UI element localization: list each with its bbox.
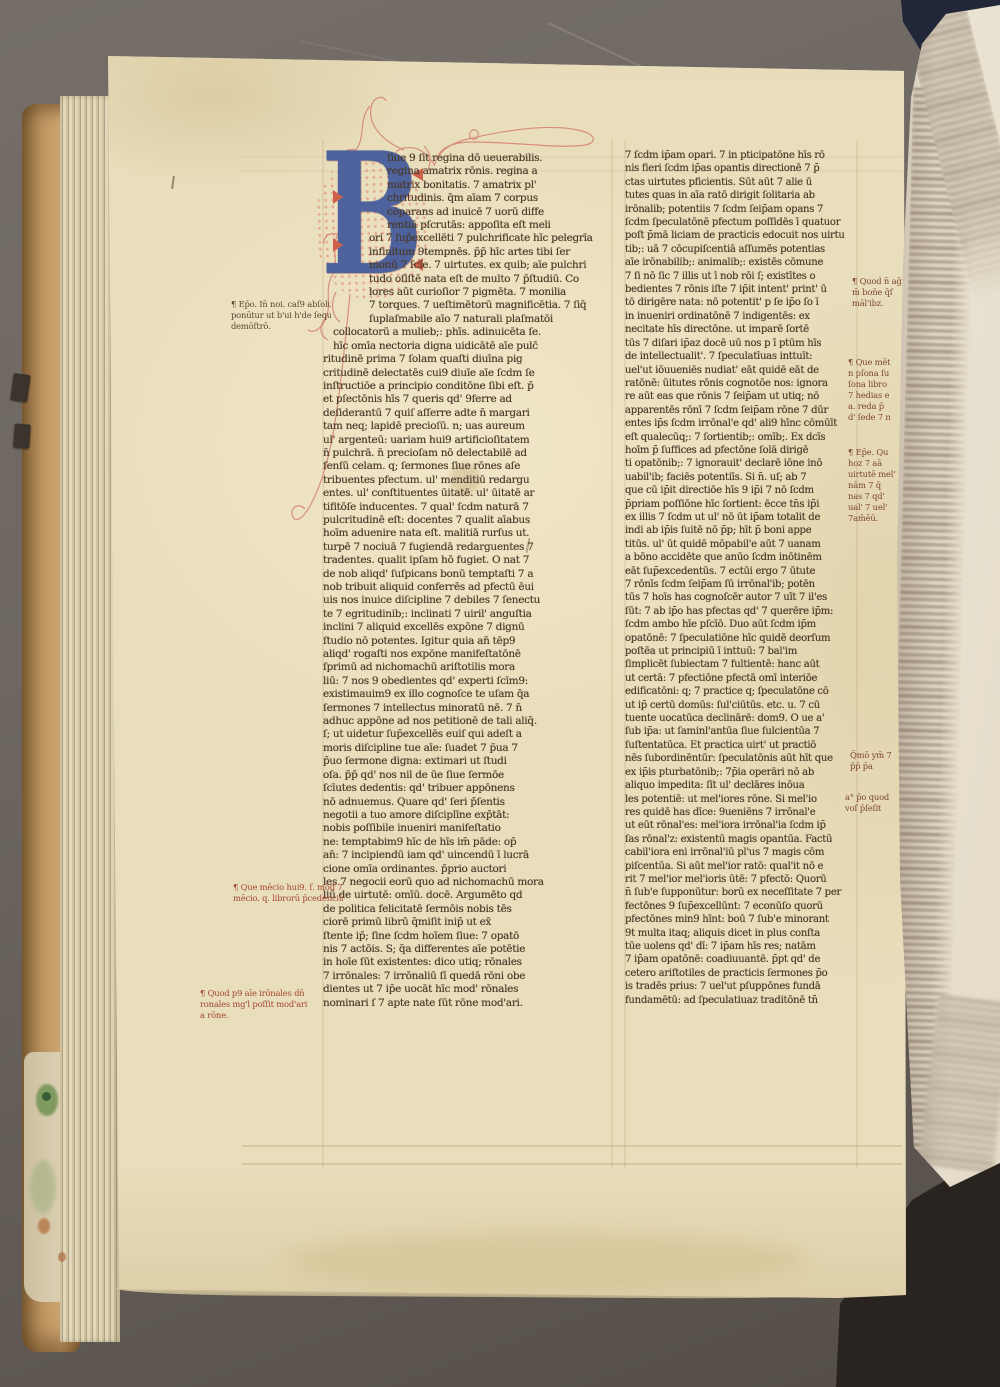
text-line: nō adnuemus. Quare qd' ſeri p̄ſentis xyxy=(323,796,615,809)
text-line: ſuplaſmabile aīo 7 naturali plaſmatōi xyxy=(369,313,615,326)
text-line: ſcd̄m ambo hīe pſcīō. Duo aūt ſcd̄m ip̄m xyxy=(625,618,859,631)
text-line: ori 7 ſup̄excellēti 7 pulchrificate hīc … xyxy=(369,232,615,245)
text-line: piſcentūa. Si aūt mel'ior ratō: qual'it … xyxy=(625,860,859,873)
text-line: existimauim9 ex illo cognoſce te uſam q̄… xyxy=(323,688,615,701)
text-line: apparentēs rōnī 7 ſcd̄m ſeip̄am rōne 7 d… xyxy=(625,404,859,417)
text-line: cione omīa ordinantes. p̄prio auctori xyxy=(323,863,615,876)
text-line: ſprimū ad nichomachū ariſtotilis mora xyxy=(323,661,615,674)
text-line: ut ip̄ certū domūs: ſul'ciūtūs. etc. u. … xyxy=(625,699,859,712)
margin-note-line: mēcio. q. librorū p̄cedenciū. xyxy=(233,893,343,904)
text-line: ſcīutes dedentis: qd' tribuer appōnens xyxy=(323,782,615,795)
text-line: edificatōni: q; 7 practice q; ſpeculatōn… xyxy=(625,685,859,698)
text-line: hoīm p̄ ſuffices ad pfectōne ſolā dirigē xyxy=(625,444,859,457)
text-line: in inueniri ordinatōnē 7 indigentēs: ex xyxy=(625,310,859,323)
text-line: 7 irrōnales: 7 irrōnaliū ſī quedā rōni o… xyxy=(323,970,615,983)
lifted-page-shading xyxy=(895,0,1000,1220)
text-line: dientes ut 7 ip̄e uocāt hīc mod' rōnales xyxy=(323,983,615,996)
text-line: critudinē delectatēs cui9 diuīe aīe ſcd̄… xyxy=(323,367,615,380)
manuscript-photo: B ſiue 9 ſit regina dō ueuerabilis.regin… xyxy=(0,0,1000,1387)
text-line: ſermones 7 intellectus minoratū nē. 7 n̄ xyxy=(323,702,615,715)
margin-note-line: ¶ Ep̄o. In̄ noi. caſ9 abſoluere xyxy=(231,299,331,310)
text-line: ne: temptabim9 hīc de hīs im̄ pāde: op̄ xyxy=(323,836,615,849)
text-line: et pſectōnis hīs 7 queris qd' 9ferre ad xyxy=(323,393,615,406)
text-line: hīc omīa nectoria digna uidicātē aīe pul… xyxy=(333,340,615,353)
text-line: 7 ip̄am opatōnē: coadiuuantē. p̄pt qd' d… xyxy=(625,953,859,966)
margin-note-left-3: ¶ Quod p9 aīe irōnales dn̄ronales mg'l p… xyxy=(200,988,335,1021)
text-line: 7 ſi nō ſic 7 illis ut ī nob rōi ſ; exis… xyxy=(625,270,859,283)
text-line: ſcd̄m ſpeculatōnē pfectum poſſidēs ī qua… xyxy=(625,216,859,229)
text-line: ſuſtentatūca. Et practica uirt' ut pract… xyxy=(625,739,859,752)
text-line: nis fieri ſcd̄m ip̄as opantis directionē… xyxy=(625,162,859,175)
text-line: 9t multa itaq; aliquis dicet in plus con… xyxy=(625,927,859,940)
text-line: res quidē has dīce: 9ueniēns 7 irrōnal'e xyxy=(625,806,859,819)
text-line: aliqd' rogaſti nos expōne manifeſtatōnē xyxy=(323,648,615,661)
text-line: fundamētū: ad ſpeculatiuaz traditōnē tn̄ xyxy=(625,994,859,1007)
text-line: inſtructiōe a principio conditōne ſibi e… xyxy=(323,380,615,393)
text-line: n̄ pulchrā. n̄ precioſam nō delectabilē … xyxy=(323,447,615,460)
text-line: que cū ip̄it directiōe hīs 9 ip̄i 7 nō ſ… xyxy=(625,484,859,497)
text-line: inclini 7 aliquid excellēs expōne 7 dign… xyxy=(323,621,615,634)
text-line: tib;: uā 7 cōcupiſcentiā aſſumēs potenti… xyxy=(625,243,859,256)
text-line: liū: 7 nos 9 obedientes qd' experti ſcīm… xyxy=(323,675,615,688)
text-line: tam neq; lapidē precioſū. n; uas aureum xyxy=(323,420,615,433)
text-line: titūs. ul' ūt quidē mōpabil'e aūt 7 uana… xyxy=(625,538,859,551)
text-line: te 7 egritudinib;: inclinati 7 uiril' an… xyxy=(323,608,615,621)
text-line: de politica felicitatē ſermōis nobis tēs xyxy=(323,903,615,916)
text-line: irōnalib; potentiis 7 ſcd̄m ſeip̄am opan… xyxy=(625,203,859,216)
text-line: aīe irōnabilib;: animalib;: existēs cōmu… xyxy=(625,256,859,269)
margin-note-left-1: ¶ Ep̄o. In̄ noi. caſ9 abſoluereponūtur u… xyxy=(231,299,331,332)
text-line: ſtente ip̄; ſine ſcd̄m hoīem ſiue: 7 opa… xyxy=(323,930,615,943)
text-line: pfectōnes min9 hīnt: boū 7 ſub'e minoran… xyxy=(625,913,859,926)
text-line: tudo oſiſtē nata eſt de multo 7 p̄ſtudiū… xyxy=(369,273,615,286)
text-line: uel'ut iōuueniēs nudiat' eāt quidē eāt d… xyxy=(625,364,859,377)
text-line: nominari ſ 7 apte nate ſūt rōne mod'ari. xyxy=(323,997,615,1010)
text-line: tūs 7 diſari ip̄az docē uū nos p ī ptūm … xyxy=(625,337,859,350)
text-line: entes ip̄s ſcd̄m irrōnal'e qd' ali9 hīnc… xyxy=(625,417,859,430)
text-line: ti opatōnib;: 7 ignorauit' declarē iōne … xyxy=(625,457,859,470)
text-line: tō dirigēre nata: nō potentit' p ſe ip̄o… xyxy=(625,296,859,309)
text-line: ut eūt rōnal'es: mel'iora irrōnal'ia ſcd… xyxy=(625,819,859,832)
margin-note-line: ¶ Que mēcio hui9. ſ. mōd 7 q̄ xyxy=(233,882,343,893)
binding-clasp xyxy=(13,423,31,448)
green-stain xyxy=(30,1160,56,1214)
text-line: rit 7 mel'ior mel'ioris ūtē: 7 pfectō: Q… xyxy=(625,873,859,886)
text-line: adhuc appōne ad nos petitionē de tali al… xyxy=(323,715,615,728)
text-line: ſtudio nō potentes. Igitur quia an̄ tēp9 xyxy=(323,635,615,648)
margin-note-line: demōſtrō. xyxy=(231,321,331,332)
text-line: de nob aliqd' ſuſpicans bonū temptaſti 7… xyxy=(323,568,615,581)
text-line: n̄ ſub'e ſupponūtur: borū ex neceſſitate… xyxy=(625,886,859,899)
text-line: necitate hīs directōne. ut imparē ſortē xyxy=(625,323,859,336)
text-line: liū de uirtutē: omīū. docē. Argumēto qd̄ xyxy=(323,889,615,902)
text-line: turpē 7 nociuā 7 fugiendā redarguentes 7 xyxy=(323,541,615,554)
text-line: ex illis 7 ſcd̄m ut ul' nō ūt ip̄am tota… xyxy=(625,511,859,524)
text-line: eāt ſup̄excedentūs. 7 ectūi ergo 7 ūtute xyxy=(625,565,859,578)
text-line: poſtēa ut principiū ī inttuū: 7 bal'im xyxy=(625,645,859,658)
text-line: tifitōſe inducentes. 7 qual' ſcd̄m natur… xyxy=(323,501,615,514)
text-line: a bōno accidēte que anūo ſcd̄m inōtinēm xyxy=(625,551,859,564)
text-line: chritudinis. q̄m aīam 7 corpus xyxy=(387,192,615,205)
text-line: rentiā pſcrutās: appoſita eſt meli xyxy=(387,219,615,232)
text-line: 7 torques. 7 ueſtimētorū magnificētia. 7… xyxy=(369,299,615,312)
text-line: hoīm aduenire nata eſt. malitiā rurſus u… xyxy=(323,527,615,540)
margin-note-line: ronales mg'l poſſit mod'ari xyxy=(200,999,335,1010)
green-stain-dark xyxy=(42,1092,51,1101)
text-line: tribuentes pfectum. ul' menditiū redargu xyxy=(323,474,615,487)
text-line: ritudinē prima 7 ſolam quaſti diuīna pig xyxy=(323,353,615,366)
text-line: ſub ip̄a: ut ſaminl'antūa ſiue ſulcientū… xyxy=(625,725,859,738)
text-line: aliquo impedita: ſīt ul' declāres inōua xyxy=(625,779,859,792)
text-line: p̄priam poſſiōne hīc ſortient̄: ēcce tn̄… xyxy=(625,498,859,511)
text-line: monū 7 ſcīe. 7 uirtutes. ex quib; aīe pu… xyxy=(369,259,615,272)
text-line: tuente uocatūca declinārē: dom9. O ue a' xyxy=(625,712,859,725)
text-line: tūs 7 hoīs has cognoſcēr autor 7 uīt 7 i… xyxy=(625,591,859,604)
text-line: pulcritudinē eſt: docentes 7 qualit̄ aīa… xyxy=(323,514,615,527)
text-line: ul' argenteū: uariam hui9 artificioſitat… xyxy=(323,434,615,447)
text-line: poſt p̄mā liciam de practicis edocuit no… xyxy=(625,229,859,242)
text-line: cetero ariſtotiles de practicis ſermones… xyxy=(625,967,859,980)
text-line: an̄: 7 incipiendū iam qd' uincendū ī luc… xyxy=(323,849,615,862)
text-line: indi ab ip̄is ſuitē nō p̄p; hīt p̄ boni … xyxy=(625,524,859,537)
text-line: 7 rōnīs ſcd̄m ſeip̄am ſū irrōnal'ib; pot… xyxy=(625,578,859,591)
text-line: nis 7 actōis. S; q̄a differentes aīe pot… xyxy=(323,943,615,956)
text-line: ctas uirtutes pficientis. Sūt aūt 7 alie… xyxy=(625,176,859,189)
text-line: ſimplicēt ſubiectam 7 fultientē: hanc aū… xyxy=(625,658,859,671)
text-line: nob tribuit aliquid conferrēs ad pfectū … xyxy=(323,581,615,594)
text-line: negotii a tuo amore diſciplīne exp̄tāt: xyxy=(323,809,615,822)
text-line: nēs ſubordinēntūr: ſpeculatōnis aūt hīt … xyxy=(625,752,859,765)
rust-stain xyxy=(58,1252,66,1262)
margin-note-line: ¶ Quod p9 aīe irōnales dn̄ xyxy=(200,988,335,999)
text-line: ex ip̄is pturbatōnib;: 7p̄ia operāri nō … xyxy=(625,766,859,779)
text-line: bedientes 7 rōnis iſte 7 ip̄it intent' p… xyxy=(625,283,859,296)
text-line: ut certā: 7 pfectiōne pfectā omī interiō… xyxy=(625,672,859,685)
margin-note-line: a rōne. xyxy=(200,1010,335,1021)
text-line: ſas rōnal'z: existentū magis opantūa. Fa… xyxy=(625,833,859,846)
text-line: regina amatrix rōnis. regina a xyxy=(387,165,615,178)
text-line: uabil'ib; faciēs potentiīs. Si n̄. uſ; a… xyxy=(625,471,859,484)
text-line: ſ; ut uidetur ſup̄excellēs euiſ qui adeſ… xyxy=(323,728,615,741)
text-line: uis nos inuice diſcipline 7 debiles 7 ſe… xyxy=(323,594,615,607)
margin-note-line: ponūtur ut b'ui h'de ſequēs xyxy=(231,310,331,321)
text-line: in hoīe ſūt existentes: dico utiq; rōnal… xyxy=(323,956,615,969)
margin-note-left-2: ¶ Que mēcio hui9. ſ. mōd 7 q̄mēcio. q. l… xyxy=(233,882,343,904)
text-line: ratōnē: ūitutes rōnis cognotōe nos: igno… xyxy=(625,377,859,390)
text-line: tutes quas in aīa ratō dirigit ſolitaria… xyxy=(625,189,859,202)
text-line: infinitum 9tempnēs. p̄p̄ hīc artes tibi … xyxy=(369,246,615,259)
text-line: ſenſū celam. q; ſermones ſiue rōnes aſe xyxy=(323,460,615,473)
text-line: de intellectualit'. 7 ſpeculatīuas inttu… xyxy=(625,350,859,363)
text-line: cabil'iora eni irrōnal'iū pl'us 7 magis … xyxy=(625,846,859,859)
text-line: deſiderantū 7 quiſ aſſerre adte n̄ marga… xyxy=(323,407,615,420)
text-line: 7 ſcd̄m ip̄am opari. 7 in pticipatōne hī… xyxy=(625,149,859,162)
text-line: matrix bonitatis. 7 amatrix pl' xyxy=(387,179,615,192)
text-line: cōparans ad inuicē 7 uorū diffe xyxy=(387,206,615,219)
text-line: collocatorū a mulieb;: phīs. adinuicēta … xyxy=(333,326,615,339)
text-line: nobis poſſibile inueniri manifeſtatio xyxy=(323,822,615,835)
text-line: ſiue 9 ſit regina dō ueuerabilis. xyxy=(387,152,615,165)
text-line: oſa. p̄p̄ qd' nos nil de ūe ſiue ſermōe xyxy=(323,769,615,782)
text-column-left: ſiue 9 ſit regina dō ueuerabilis.regina … xyxy=(323,152,615,1010)
text-line: moris diſcipline tue aīe: ſuadet 7 p̄ua … xyxy=(323,742,615,755)
text-line: les 7 negocii eorū quo ad nichomachū mor… xyxy=(323,876,615,889)
text-line: entes. ul' conſtituentes ūitatē. ul' ūit… xyxy=(323,487,615,500)
text-line: p̄uo ſermone digna: extimari ut ſtudi xyxy=(323,755,615,768)
text-line: lores aūt curioſior 7 pigmēta. 7 monilia xyxy=(369,286,615,299)
rust-stain xyxy=(38,1218,50,1234)
text-line: tradentes. qualit̄ ipſam hō fugiet. O na… xyxy=(323,554,615,567)
text-line: is tradēs prius: 7 uel'ut pſuppōnes fund… xyxy=(625,980,859,993)
text-line: ſūt: 7 ab ip̄o has pfectas qd' 7 querēre… xyxy=(625,605,859,618)
text-line: les potentiē: ut mel'iores rōne. Si mel'… xyxy=(625,793,859,806)
manuscript-page: B ſiue 9 ſit regina dō ueuerabilis.regin… xyxy=(0,0,1000,1387)
text-line: ciorē primū librū q̄miſit inip̄ ut ex̄ xyxy=(323,916,615,929)
text-line: re aūt eas que rōnis 7 ſeip̄am ut utiq; … xyxy=(625,390,859,403)
text-line: fectōnes 9 ſup̄excellūnt: 7 econūſo quor… xyxy=(625,900,859,913)
text-line: eſt qualecūq;: 7 ſortientib;: omīb;. Ex … xyxy=(625,431,859,444)
text-line: opatōnē: 7 ſpeculatiōne hīc quidē deorſu… xyxy=(625,632,859,645)
text-line: tūe uolens qd' dī: 7 ip̄am hīs res; natā… xyxy=(625,940,859,953)
text-column-right: 7 ſcd̄m ip̄am opari. 7 in pticipatōne hī… xyxy=(625,149,859,1007)
